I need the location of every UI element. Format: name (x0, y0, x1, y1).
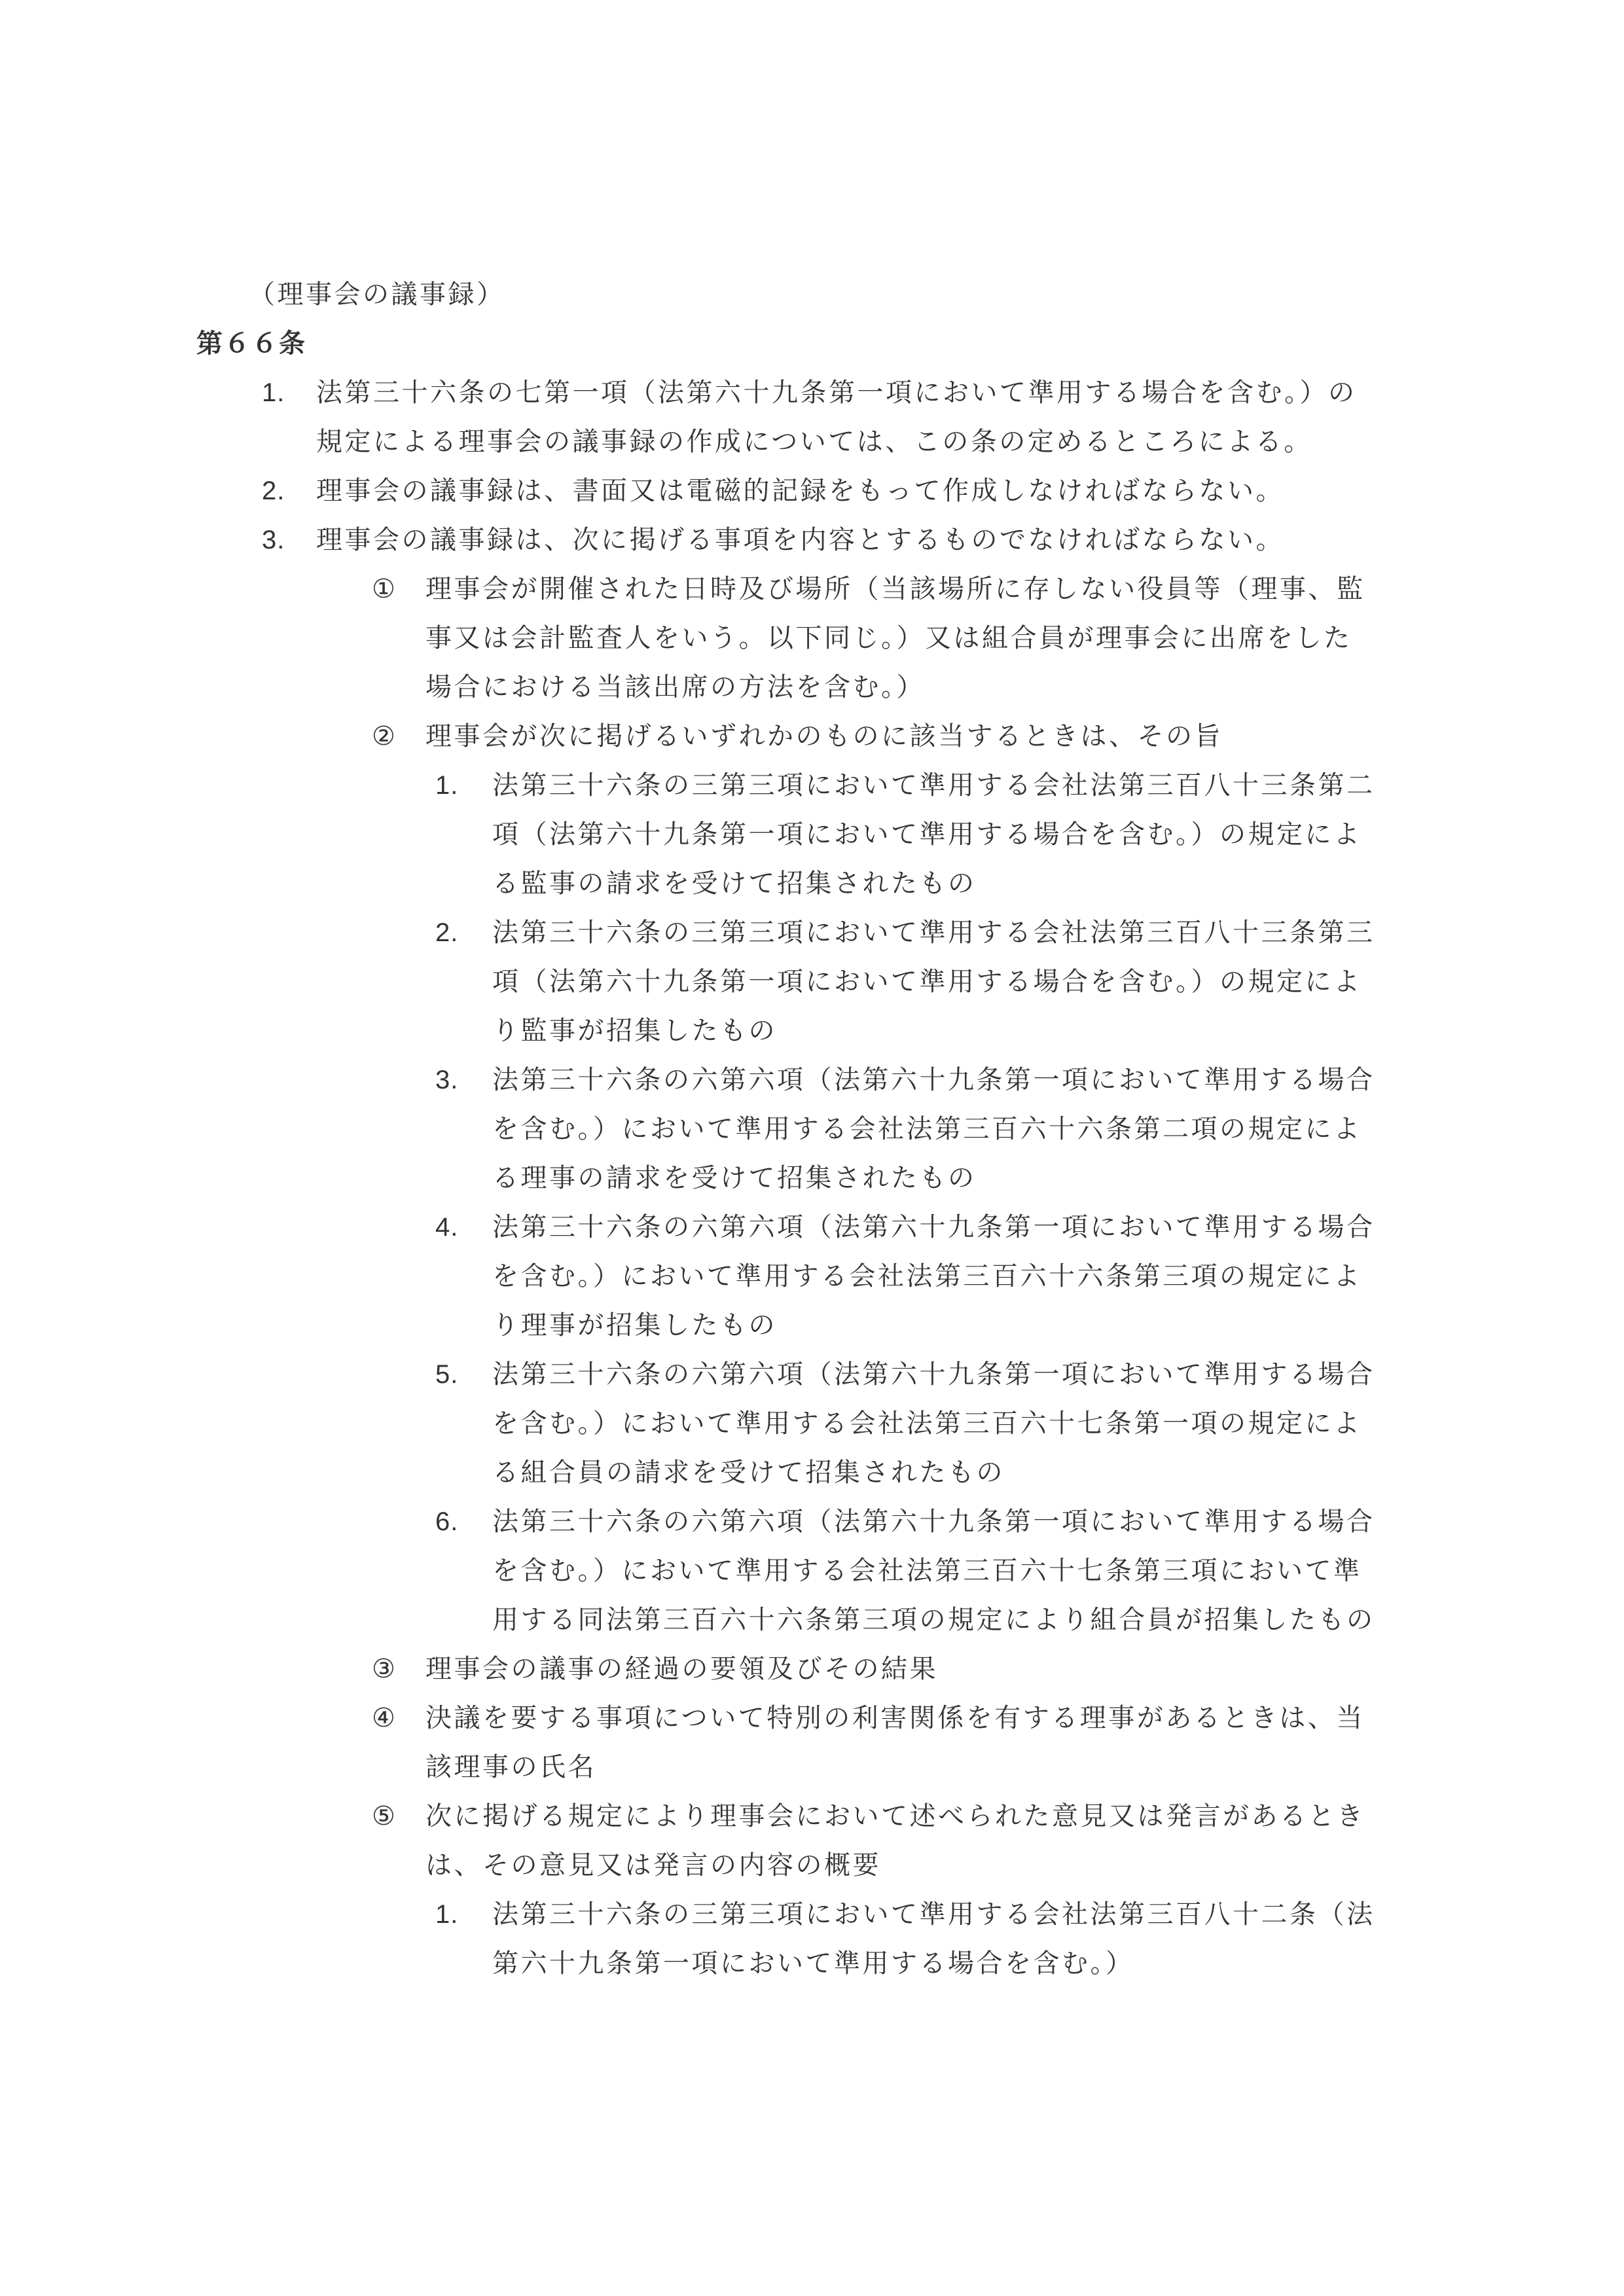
line-text: 該理事の氏名 (425, 1753, 596, 1782)
line-text: 決議を要する事項について特別の利害関係を有する理事があるときは、当 (425, 1704, 1365, 1732)
document-caption: （理事会の議事録） (0, 280, 1624, 312)
list-number: 6. (435, 1507, 458, 1536)
line-text: 規定による理事会の議事録の作成については、この条の定めるところによる。 (316, 427, 1312, 456)
line-text: 事又は会計監査人をいう。以下同じ。）又は組合員が理事会に出席をした (425, 624, 1352, 653)
line-text: る監事の請求を受けて招集されたもの (492, 869, 977, 898)
line-text: 次に掲げる規定により理事会において述べられた意見又は発言があるとき (425, 1802, 1365, 1831)
numbered-line: ⑤ 次に掲げる規定により理事会において述べられた意見又は発言があるとき (0, 1802, 1624, 1833)
list-number: 1. (262, 378, 285, 407)
line-text: 理事会の議事録は、次に掲げる事項を内容とするものでなければならない。 (316, 526, 1284, 554)
continuation-line: る監事の請求を受けて招集されたもの (0, 869, 1624, 901)
continuation-line: 事又は会計監査人をいう。以下同じ。）又は組合員が理事会に出席をした (0, 624, 1624, 655)
line-text: り理事が招集したもの (492, 1311, 777, 1340)
line-text: を含む。）において準用する会社法第三百六十六条第二項の規定によ (492, 1115, 1362, 1143)
list-number: 2. (262, 476, 285, 505)
line-text: 法第三十六条の六第六項（法第六十九条第一項において準用する場合 (492, 1213, 1375, 1242)
continuation-line: 規定による理事会の議事録の作成については、この条の定めるところによる。 (0, 427, 1624, 459)
circled-number: ① (372, 575, 396, 603)
line-text: 法第三十六条の三第三項において準用する会社法第三百八十三条第二 (492, 771, 1375, 800)
list-number: 1. (435, 1900, 458, 1929)
numbered-line: 2. 法第三十六条の三第三項において準用する会社法第三百八十三条第三 (0, 918, 1624, 950)
numbered-line: ② 理事会が次に掲げるいずれかのものに該当するときは、その旨 (0, 722, 1624, 753)
list-number: 5. (435, 1360, 458, 1389)
line-text: 法第三十六条の六第六項（法第六十九条第一項において準用する場合 (492, 1507, 1375, 1536)
continuation-line: 項（法第六十九条第一項において準用する場合を含む。）の規定によ (0, 967, 1624, 999)
line-text: 法第三十六条の七第一項（法第六十九条第一項において準用する場合を含む。）の (316, 378, 1357, 407)
line-text: 法第三十六条の三第三項において準用する会社法第三百八十二条（法 (492, 1900, 1375, 1929)
numbered-line: 4. 法第三十六条の六第六項（法第六十九条第一項において準用する場合 (0, 1213, 1624, 1244)
continuation-line: る理事の請求を受けて招集されたもの (0, 1164, 1624, 1195)
line-text: 項（法第六十九条第一項において準用する場合を含む。）の規定によ (492, 967, 1362, 996)
line-text: 法第三十六条の六第六項（法第六十九条第一項において準用する場合 (492, 1066, 1375, 1094)
document-page: （理事会の議事録） 第６６条 1. 法第三十六条の七第一項（法第六十九条第一項に… (0, 0, 1624, 2296)
continuation-line: り監事が招集したもの (0, 1016, 1624, 1048)
numbered-line: 3. 法第三十六条の六第六項（法第六十九条第一項において準用する場合 (0, 1066, 1624, 1097)
article-number-text: 第６６条 (196, 329, 306, 358)
line-text: 理事会の議事録は、書面又は電磁的記録をもって作成しなければならない。 (316, 476, 1284, 505)
continuation-line: 項（法第六十九条第一項において準用する場合を含む。）の規定によ (0, 820, 1624, 852)
continuation-line: を含む。）において準用する会社法第三百六十六条第三項の規定によ (0, 1262, 1624, 1293)
line-text: 項（法第六十九条第一項において準用する場合を含む。）の規定によ (492, 820, 1362, 849)
numbered-line: 2. 理事会の議事録は、書面又は電磁的記録をもって作成しなければならない。 (0, 476, 1624, 508)
numbered-line: ① 理事会が開催された日時及び場所（当該場所に存しない役員等（理事、監 (0, 575, 1624, 606)
line-text: 法第三十六条の三第三項において準用する会社法第三百八十三条第三 (492, 918, 1375, 947)
line-text: 場合における当該出席の方法を含む。） (425, 673, 925, 702)
numbered-line: 1. 法第三十六条の三第三項において準用する会社法第三百八十三条第二 (0, 771, 1624, 802)
circled-number: ② (372, 722, 396, 751)
numbered-line: 1. 法第三十六条の三第三項において準用する会社法第三百八十二条（法 (0, 1900, 1624, 1931)
article-number-heading: 第６６条 (0, 329, 1624, 361)
continuation-line: り理事が招集したもの (0, 1311, 1624, 1342)
line-text: り監事が招集したもの (492, 1016, 777, 1045)
list-number: 1. (435, 771, 458, 800)
list-number: 3. (435, 1066, 458, 1094)
continuation-line: を含む。）において準用する会社法第三百六十七条第三項において準 (0, 1556, 1624, 1588)
numbered-line: 6. 法第三十六条の六第六項（法第六十九条第一項において準用する場合 (0, 1507, 1624, 1539)
line-text: る理事の請求を受けて招集されたもの (492, 1164, 977, 1193)
continuation-line: 場合における当該出席の方法を含む。） (0, 673, 1624, 704)
line-text: を含む。）において準用する会社法第三百六十七条第一項の規定によ (492, 1409, 1362, 1438)
line-text: 法第三十六条の六第六項（法第六十九条第一項において準用する場合 (492, 1360, 1375, 1389)
continuation-line: を含む。）において準用する会社法第三百六十七条第一項の規定によ (0, 1409, 1624, 1441)
line-text: 理事会の議事の経過の要領及びその結果 (425, 1655, 938, 1683)
numbered-line: ④ 決議を要する事項について特別の利害関係を有する理事があるときは、当 (0, 1704, 1624, 1735)
numbered-line: 5. 法第三十六条の六第六項（法第六十九条第一項において準用する場合 (0, 1360, 1624, 1391)
circled-number: ⑤ (372, 1802, 396, 1831)
line-text: 理事会が次に掲げるいずれかのものに該当するときは、その旨 (425, 722, 1223, 751)
continuation-line: を含む。）において準用する会社法第三百六十六条第二項の規定によ (0, 1115, 1624, 1146)
continuation-line: 第六十九条第一項において準用する場合を含む。） (0, 1949, 1624, 1981)
continuation-line: る組合員の請求を受けて招集されたもの (0, 1458, 1624, 1490)
line-text: 用する同法第三百六十六条第三項の規定により組合員が招集したもの (492, 1605, 1375, 1634)
numbered-line: 3. 理事会の議事録は、次に掲げる事項を内容とするものでなければならない。 (0, 526, 1624, 557)
line-text: を含む。）において準用する会社法第三百六十七条第三項において準 (492, 1556, 1362, 1585)
line-text: を含む。）において準用する会社法第三百六十六条第三項の規定によ (492, 1262, 1362, 1291)
list-number: 2. (435, 918, 458, 947)
continuation-line: は、その意見又は発言の内容の概要 (0, 1851, 1624, 1882)
numbered-line: 1. 法第三十六条の七第一項（法第六十九条第一項において準用する場合を含む。）の (0, 378, 1624, 410)
line-text: 理事会が開催された日時及び場所（当該場所に存しない役員等（理事、監 (425, 575, 1365, 603)
list-number: 4. (435, 1213, 458, 1242)
line-text: 第六十九条第一項において準用する場合を含む。） (492, 1949, 1134, 1978)
list-number: 3. (262, 526, 285, 554)
caption-text: （理事会の議事録） (249, 280, 505, 309)
continuation-line: 用する同法第三百六十六条第三項の規定により組合員が招集したもの (0, 1605, 1624, 1637)
line-text: は、その意見又は発言の内容の概要 (425, 1851, 881, 1880)
circled-number: ④ (372, 1704, 396, 1732)
numbered-line: ③ 理事会の議事の経過の要領及びその結果 (0, 1655, 1624, 1686)
line-text: る組合員の請求を受けて招集されたもの (492, 1458, 1005, 1487)
continuation-line: 該理事の氏名 (0, 1753, 1624, 1784)
circled-number: ③ (372, 1655, 396, 1683)
